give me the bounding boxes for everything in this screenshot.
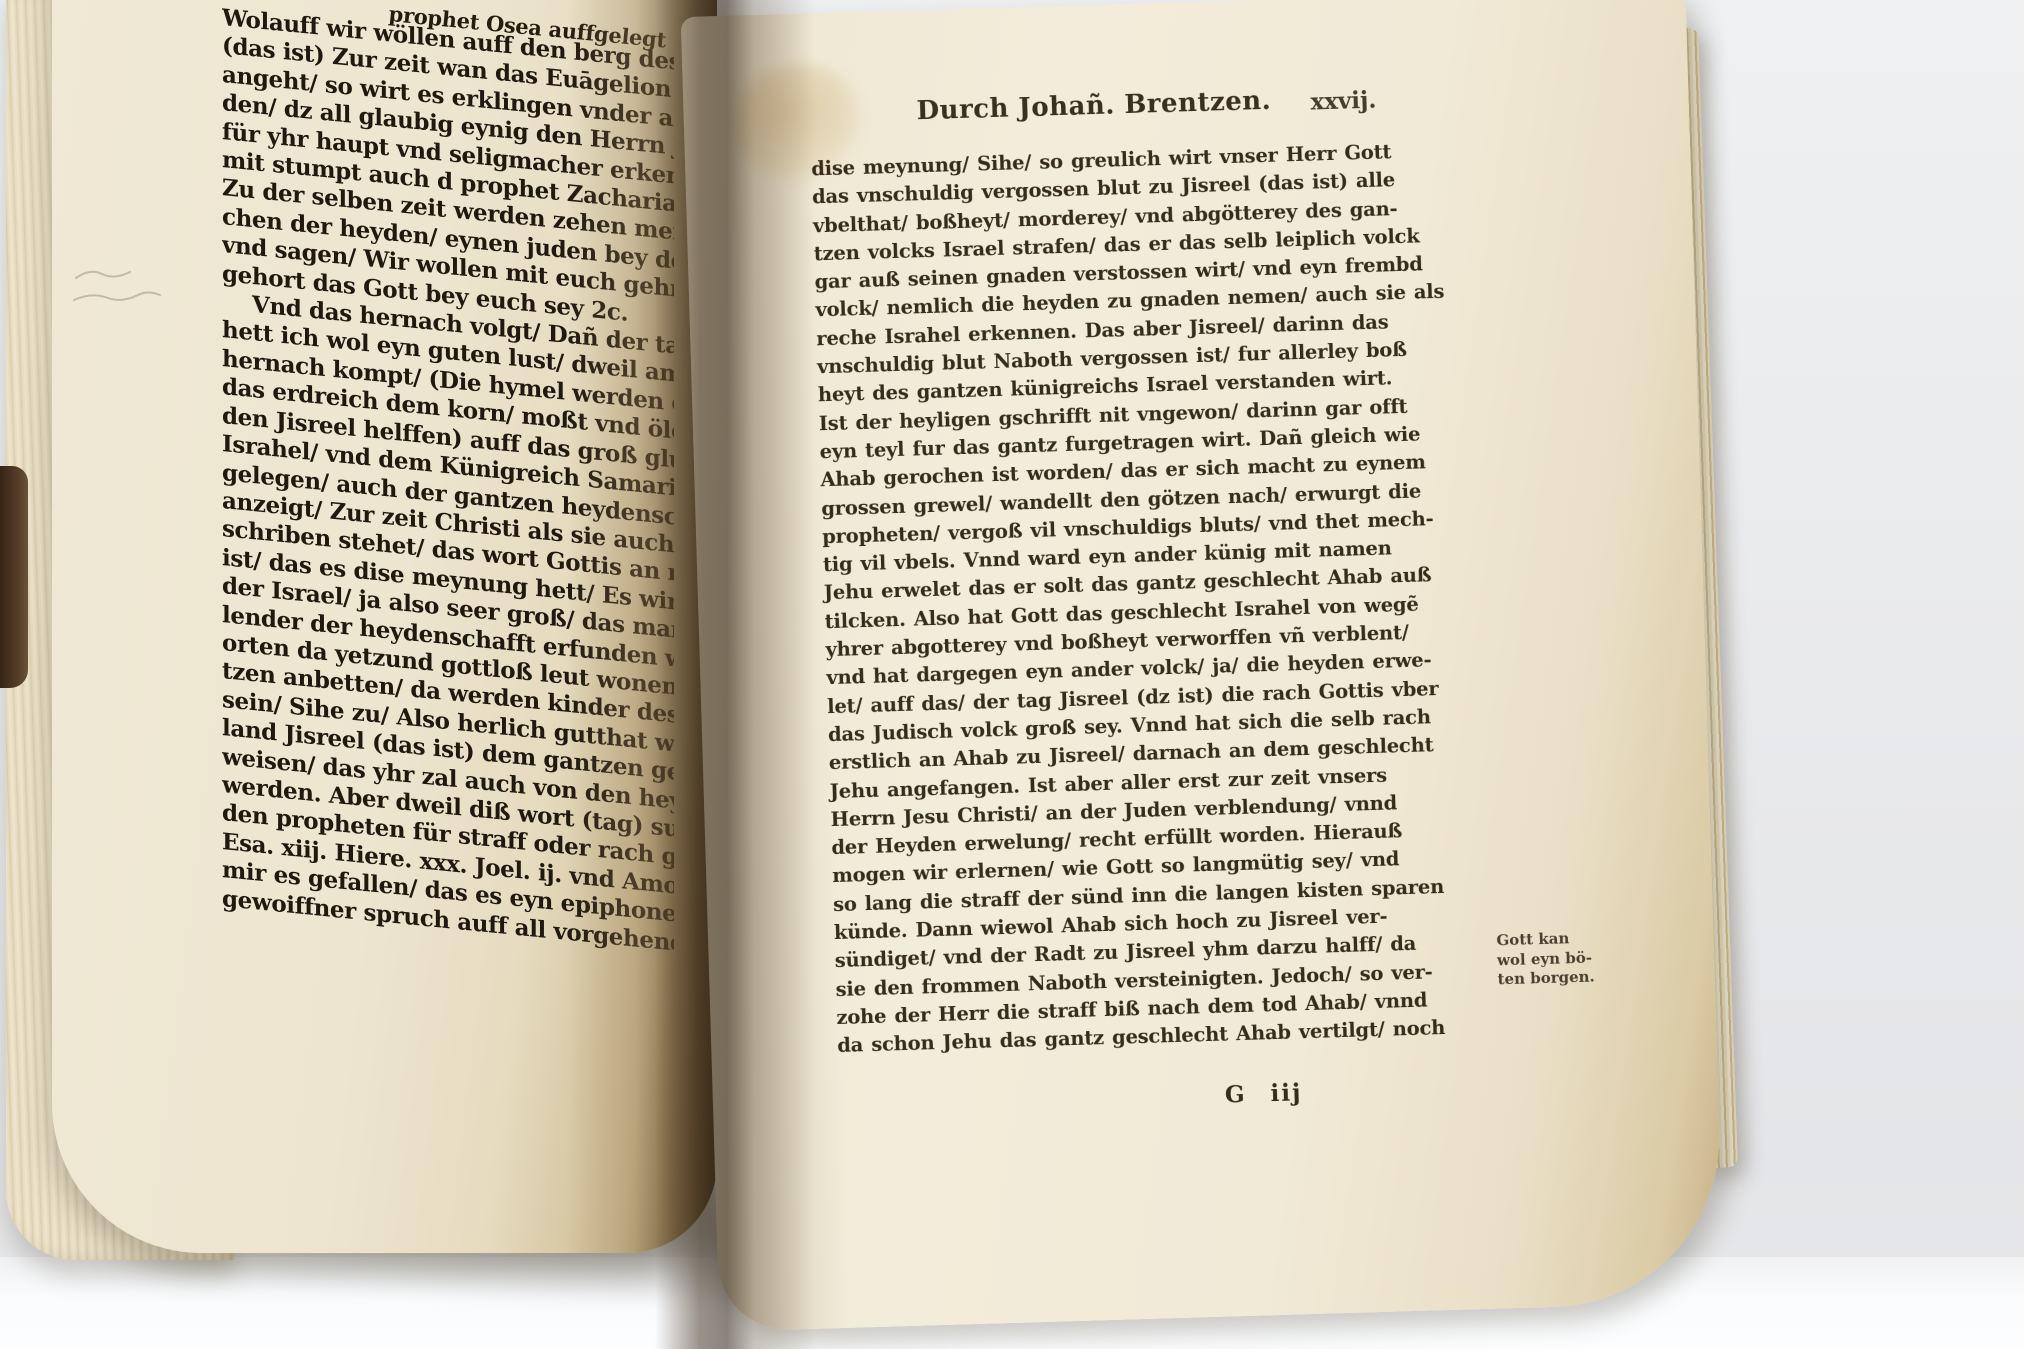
text-line: ten borgen. [1497,966,1638,990]
margin-note: Gott kanwol eyn bö-ten borgen. [1496,927,1638,990]
open-book: prophet Osea auffgelegt Wolauff wir wöll… [0,0,2024,1349]
signature-mark: G iij [1225,1079,1303,1108]
right-page: Durch Johañ. Brentzen. xxvij. dise meynu… [681,0,1725,1332]
handwritten-margin-note [68,256,198,326]
left-page: prophet Osea auffgelegt Wolauff wir wöll… [52,0,717,1253]
book-cover-edge [0,466,28,688]
page-number: xxvij. [1310,87,1377,116]
photo-of-open-book: prophet Osea auffgelegt Wolauff wir wöll… [0,0,2024,1349]
right-page-text-block: dise meynung/ Sihe/ so greulich wirt vns… [811,135,1518,1060]
running-header: Durch Johañ. Brentzen. [916,86,1271,127]
